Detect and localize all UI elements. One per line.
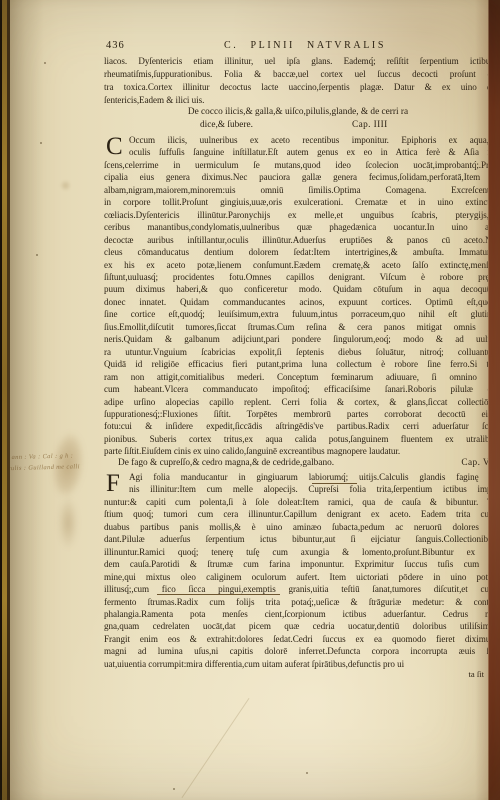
text-line: pionibus. Suberis cortex tritus,ex aqua … — [104, 433, 496, 445]
text-line: oculis ſuffuſis ſanguine inſtillatur.Eſt… — [104, 146, 496, 158]
text-line: puum diximus haberi,& quo conficeretur m… — [104, 283, 496, 295]
ink-speck — [173, 788, 175, 790]
text-line: donec innatet. Quidam commanducantes aci… — [104, 296, 496, 308]
running-header: C. PLINII NATVRALIS — [140, 40, 470, 51]
text-line: ſuppurationesq́;:Fluxiones ſiſtit. Torpē… — [104, 408, 496, 420]
gutter-shadow — [10, 0, 44, 800]
ink-underline-mark — [312, 483, 357, 484]
text-line: ex his ex aceto potæ,lienem conſumunt.Eæ… — [104, 259, 496, 271]
stain-mark — [55, 488, 81, 558]
chapter5-heading-row: De fago & cupreſſo,& cedro magna,& de ce… — [104, 458, 494, 468]
text-line: duabus partibus panis mollis,& è uino am… — [104, 521, 496, 533]
text-line: tra toxica.Cortex illinitur decoctus lac… — [104, 81, 496, 94]
text-line: fotu:cui & inſidere expedit,ſiccādis aſt… — [104, 420, 496, 432]
text-line: ſine cortice eſt,quodq́; leuiſsimum,extr… — [104, 308, 496, 320]
chapter4-number: Cap. IIII — [352, 120, 388, 130]
text-line: dant.Pilulæ aduerſus ſerpentium ictus bi… — [104, 533, 496, 545]
text-line: decoctæ auribus inſtillantur,oculis illi… — [104, 234, 496, 246]
text-line: Frangit enim eos & extrahit:dolores ſeda… — [104, 633, 496, 645]
paragraph-chapter5: F Agi folia manducantur in gingiuarum la… — [104, 471, 496, 670]
paper-scratch — [182, 698, 250, 798]
text-line: cipalia eius genera diximus.Nec pauciora… — [104, 171, 496, 183]
text-line: gna,quam cedrelaten uocāt,dat picem quæ … — [104, 620, 496, 632]
text-line: cum habeant.Vlcera commanducato impoſito… — [104, 383, 496, 395]
text-line: nuntur:& capiti cum polenta,ſi à ſole do… — [104, 496, 496, 508]
text-line: ſiſtunt,uuluasq́; procidentes fotu.Omnes… — [104, 271, 496, 283]
text-line: parte ſiſtit.Eiuſdem cinis ex uino calid… — [104, 445, 496, 457]
fore-edge-shadow — [475, 0, 489, 800]
text-line: mine,qui mixtus oleo caliginem oculorum … — [104, 571, 496, 583]
text-line: adipe urſino alopecias capillo replent. … — [104, 396, 496, 408]
text-line: rheumatiſmis,ſuppurationibus. Folia & ba… — [104, 68, 496, 81]
page-fore-edge — [488, 0, 500, 800]
text-line: neris.Quidam & galbanum adijciunt,pari p… — [104, 333, 496, 345]
chapter4-heading: De cocco ilicis,& galla,& uiſco,pilulis,… — [104, 107, 492, 117]
text-line: cleus cōmanducatus dentium dolorem ſedat… — [104, 246, 496, 258]
text-line: dem cauſa.Parotidi & ſtrumæ cum farina i… — [104, 558, 496, 570]
dropcap-f: F — [106, 472, 120, 495]
dropcap-c: C — [106, 135, 123, 158]
chapter4-heading-line2: dice,& ſubere. Cap. IIII — [104, 120, 492, 133]
ink-speck — [44, 62, 46, 64]
text-line: ceribus manantibus,condylomatis,uulnerib… — [104, 221, 496, 233]
text-line: illinuntur.Ramici quoq́; tenerę tuſę cum… — [104, 546, 496, 558]
text-line: liacos. Dyſentericis etiam illinitur, ue… — [104, 55, 496, 68]
text-line: phalangia.Ramenta pota menſes cient,ſcor… — [104, 608, 496, 620]
chapter5-heading: De fago & cupreſſo,& cedro magna,& de ce… — [104, 458, 461, 468]
ink-underline-mark — [157, 594, 280, 595]
text-line: cœliacis.Dyſentericis illinūtur.Paronych… — [104, 209, 496, 221]
text-line: fermento ſtrumas.Radix cum folijs trita … — [104, 596, 496, 608]
paragraph-intro: liacos. Dyſentericis etiam illinitur, ue… — [104, 55, 496, 107]
text-line: Quidā id religiōe efficacius fieri putan… — [104, 358, 496, 370]
text-line: Occum ilicis, uulneribus ex aceto recent… — [104, 134, 496, 146]
ink-speck — [306, 772, 308, 774]
text-line: ra utuntur.Vnguium ſcabricias expolit,ſi… — [104, 346, 496, 358]
text-line: Agi folia manducantur in gingiuarum labi… — [104, 471, 496, 483]
page-number: 436 — [106, 40, 125, 51]
text-line: uat,uiuentia corrumpit:mira differentia,… — [104, 658, 496, 670]
text-line: in corpore tollit.Proſunt gingiuis,uuæ,o… — [104, 196, 496, 208]
text-line: albam,nigram,maiorem,minorem:uis omniū ſ… — [104, 184, 496, 196]
text-line: ſtium quoq́; tumori cum cera illinuntur.… — [104, 508, 496, 520]
text-line: ſentericis,Eadem & ilici uis. — [104, 94, 496, 107]
text-line: ſcens,celerrime in uermiculum ſe mutans,… — [104, 159, 496, 171]
book-page: 436 C. PLINII NATVRALIS liacos. Dyſenter… — [0, 0, 500, 800]
text-line: ram non attigit,comitialibus mederi. Con… — [104, 371, 496, 383]
text-line: nis illinitur:Item cum melle alopecijs. … — [104, 483, 496, 495]
text-line: ſius.Emollit,diſcutit tumores,ſiccat ſtr… — [104, 321, 496, 333]
text-line: magni ad lumina uſus,ni capitis dolorē i… — [104, 645, 496, 657]
stain-mark — [58, 178, 73, 193]
chapter4-heading-tail: dice,& ſubere. — [200, 120, 253, 130]
paragraph-chapter4: C Occum ilicis, uulneribus ex aceto rece… — [104, 134, 496, 458]
